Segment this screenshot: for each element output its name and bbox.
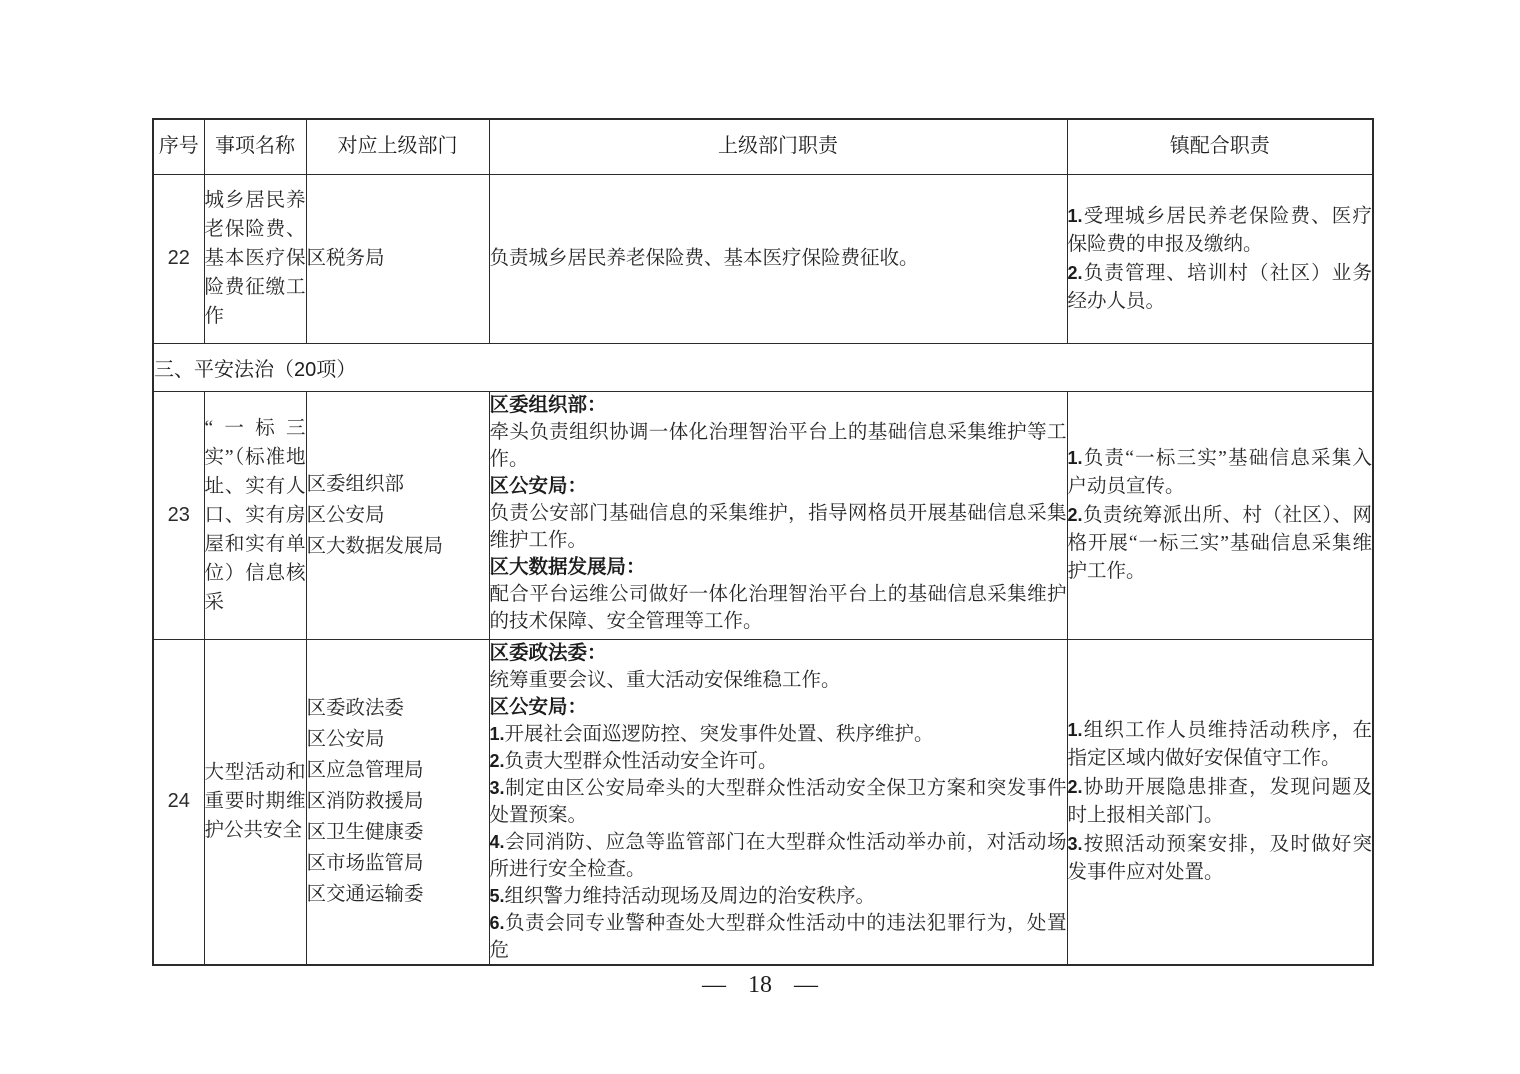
responsibility-table: 序号 事项名称 对应上级部门 上级部门职责 镇配合职责 22 城乡居民养老保险费…	[152, 118, 1374, 966]
duty-paragraph: 负责公安部门基础信息的采集维护，指导网格员开展基础信息采集维护工作。	[490, 500, 1067, 554]
item-text: 制定由区公安局牵头的大型群众性活动安全保卫方案和突发事件处置预案。	[490, 778, 1067, 826]
item-text: 负责管理、培训村（社区）业务经办人员。	[1068, 263, 1373, 312]
item-text: 受理城乡居民养老保险费、医疗保险费的申报及缴纳。	[1068, 206, 1373, 255]
duty-numbered-item: 1.开展社会面巡逻防控、突发事件处置、秩序维护。	[490, 721, 1067, 748]
table-row: 24 大型活动和重要时期维护公共安全 区委政法委 区公安局 区应急管理局 区消防…	[153, 639, 1373, 965]
duty-department-head: 区大数据发展局：	[490, 554, 1067, 581]
town-duty-item: 1.受理城乡居民养老保险费、医疗保险费的申报及缴纳。	[1068, 202, 1373, 259]
item-text: 负责大型群众性活动安全许可。	[505, 751, 778, 772]
duty-paragraph: 牵头负责组织协调一体化治理智治平台上的基础信息采集维护等工作。	[490, 419, 1067, 473]
item-number: 5.	[490, 886, 505, 906]
item-text: 协助开展隐患排查，发现问题及时上报相关部门。	[1068, 777, 1373, 826]
department-line: 区委政法委	[307, 693, 489, 724]
item-number: 2.	[1068, 505, 1083, 525]
item-number: 1.	[1068, 720, 1083, 740]
item-number: 2.	[1068, 777, 1083, 797]
town-duty-item: 1.组织工作人员维持活动秩序，在指定区域内做好安保值守工作。	[1068, 716, 1373, 773]
item-text: 负责“一标三实”基础信息采集入户动员宣传。	[1068, 448, 1373, 497]
item-number: 6.	[490, 913, 505, 933]
duty-numbered-item: 4.会同消防、应急等监管部门在大型群众性活动举办前，对活动场所进行安全检查。	[490, 829, 1067, 883]
department-line: 区公安局	[307, 724, 489, 755]
row23-serial: 23	[153, 391, 204, 639]
duty-paragraph: 配合平台运维公司做好一体化治理智治平台上的基础信息采集维护的技术保障、安全管理等…	[490, 581, 1067, 635]
item-text: 会同消防、应急等监管部门在大型群众性活动举办前，对活动场所进行安全检查。	[490, 832, 1067, 880]
row24-departments: 区委政法委 区公安局 区应急管理局 区消防救援局 区卫生健康委 区市场监管局 区…	[306, 639, 489, 965]
duty-numbered-item: 5.组织警力维持活动现场及周边的治安秩序。	[490, 883, 1067, 910]
item-text: 开展社会面巡逻防控、突发事件处置、秩序维护。	[505, 724, 934, 745]
header-item-name: 事项名称	[204, 119, 306, 174]
table-row: 22 城乡居民养老保险费、基本医疗保险费征缴工作 区税务局 负责城乡居民养老保险…	[153, 174, 1373, 343]
item-number: 1.	[1068, 448, 1083, 468]
table-header-row: 序号 事项名称 对应上级部门 上级部门职责 镇配合职责	[153, 119, 1373, 174]
row22-town-duties: 1.受理城乡居民养老保险费、医疗保险费的申报及缴纳。 2.负责管理、培训村（社区…	[1067, 174, 1373, 343]
document-page: 序号 事项名称 对应上级部门 上级部门职责 镇配合职责 22 城乡居民养老保险费…	[0, 0, 1520, 1074]
page-number-dash-left: —	[702, 972, 726, 998]
row24-upper-duties: 区委政法委： 统筹重要会议、重大活动安保维稳工作。 区公安局： 1.开展社会面巡…	[489, 639, 1067, 965]
header-serial-number: 序号	[153, 119, 204, 174]
section-title: 三、平安法治（20项）	[153, 343, 1373, 391]
item-text: 负责会同专业警种查处大型群众性活动中的违法犯罪行为，处置危	[490, 913, 1067, 961]
table-row: 23 “一标三实”（标准地址、实有人口、实有房屋和实有单位）信息核采 区委组织部…	[153, 391, 1373, 639]
row22-item-name: 城乡居民养老保险费、基本医疗保险费征缴工作	[204, 174, 306, 343]
town-duty-item: 2.协助开展隐患排查，发现问题及时上报相关部门。	[1068, 773, 1373, 830]
department-line: 区公安局	[307, 500, 489, 531]
row22-department: 区税务局	[306, 174, 489, 343]
department-line: 区委组织部	[307, 469, 489, 500]
department-line: 区市场监管局	[307, 848, 489, 879]
item-number: 2.	[490, 751, 505, 771]
row24-serial: 24	[153, 639, 204, 965]
duty-numbered-item: 2.负责大型群众性活动安全许可。	[490, 748, 1067, 775]
duty-paragraph: 负责城乡居民养老保险费、基本医疗保险费征收。	[490, 245, 1067, 272]
item-text: 负责统筹派出所、村（社区）、网格开展“一标三实”基础信息采集维护工作。	[1068, 505, 1373, 582]
row23-town-duties: 1.负责“一标三实”基础信息采集入户动员宣传。 2.负责统筹派出所、村（社区）、…	[1067, 391, 1373, 639]
duty-department-head: 区委组织部：	[490, 392, 1067, 419]
row23-upper-duties: 区委组织部： 牵头负责组织协调一体化治理智治平台上的基础信息采集维护等工作。 区…	[489, 391, 1067, 639]
header-upper-duties: 上级部门职责	[489, 119, 1067, 174]
town-duty-item: 3.按照活动预案安排，及时做好突发事件应对处置。	[1068, 830, 1373, 887]
town-duty-item: 1.负责“一标三实”基础信息采集入户动员宣传。	[1068, 444, 1373, 501]
duty-numbered-item: 6.负责会同专业警种查处大型群众性活动中的违法犯罪行为，处置危	[490, 910, 1067, 964]
duty-department-head: 区公安局：	[490, 694, 1067, 721]
row23-item-name: “一标三实”（标准地址、实有人口、实有房屋和实有单位）信息核采	[204, 391, 306, 639]
header-upper-department: 对应上级部门	[306, 119, 489, 174]
row22-upper-duties: 负责城乡居民养老保险费、基本医疗保险费征收。	[489, 174, 1067, 343]
item-text: 按照活动预案安排，及时做好突发事件应对处置。	[1068, 834, 1373, 883]
item-text: 组织工作人员维持活动秩序，在指定区域内做好安保值守工作。	[1068, 720, 1373, 769]
row24-town-duties: 1.组织工作人员维持活动秩序，在指定区域内做好安保值守工作。 2.协助开展隐患排…	[1067, 639, 1373, 965]
section-header-row: 三、平安法治（20项）	[153, 343, 1373, 391]
department-line: 区应急管理局	[307, 755, 489, 786]
department-line: 区交通运输委	[307, 879, 489, 910]
item-number: 4.	[490, 832, 505, 852]
department-line: 区消防救援局	[307, 786, 489, 817]
item-number: 3.	[490, 778, 505, 798]
duty-department-head: 区委政法委：	[490, 640, 1067, 667]
page-number-value: 18	[748, 972, 772, 998]
page-number-dash-right: —	[794, 972, 818, 998]
header-town-duties: 镇配合职责	[1067, 119, 1373, 174]
page-number: —18—	[0, 972, 1520, 999]
item-number: 1.	[490, 724, 505, 744]
item-number: 2.	[1068, 263, 1083, 283]
row24-item-name: 大型活动和重要时期维护公共安全	[204, 639, 306, 965]
town-duty-item: 2.负责统筹派出所、村（社区）、网格开展“一标三实”基础信息采集维护工作。	[1068, 501, 1373, 586]
department-line: 区大数据发展局	[307, 531, 489, 562]
department-line: 区卫生健康委	[307, 817, 489, 848]
row22-serial: 22	[153, 174, 204, 343]
town-duty-item: 2.负责管理、培训村（社区）业务经办人员。	[1068, 259, 1373, 316]
duty-numbered-item: 3.制定由区公安局牵头的大型群众性活动安全保卫方案和突发事件处置预案。	[490, 775, 1067, 829]
item-number: 3.	[1068, 834, 1083, 854]
duty-paragraph: 统筹重要会议、重大活动安保维稳工作。	[490, 667, 1067, 694]
item-text: 组织警力维持活动现场及周边的治安秩序。	[505, 886, 876, 907]
row23-departments: 区委组织部 区公安局 区大数据发展局	[306, 391, 489, 639]
item-number: 1.	[1068, 206, 1083, 226]
duty-department-head: 区公安局：	[490, 473, 1067, 500]
